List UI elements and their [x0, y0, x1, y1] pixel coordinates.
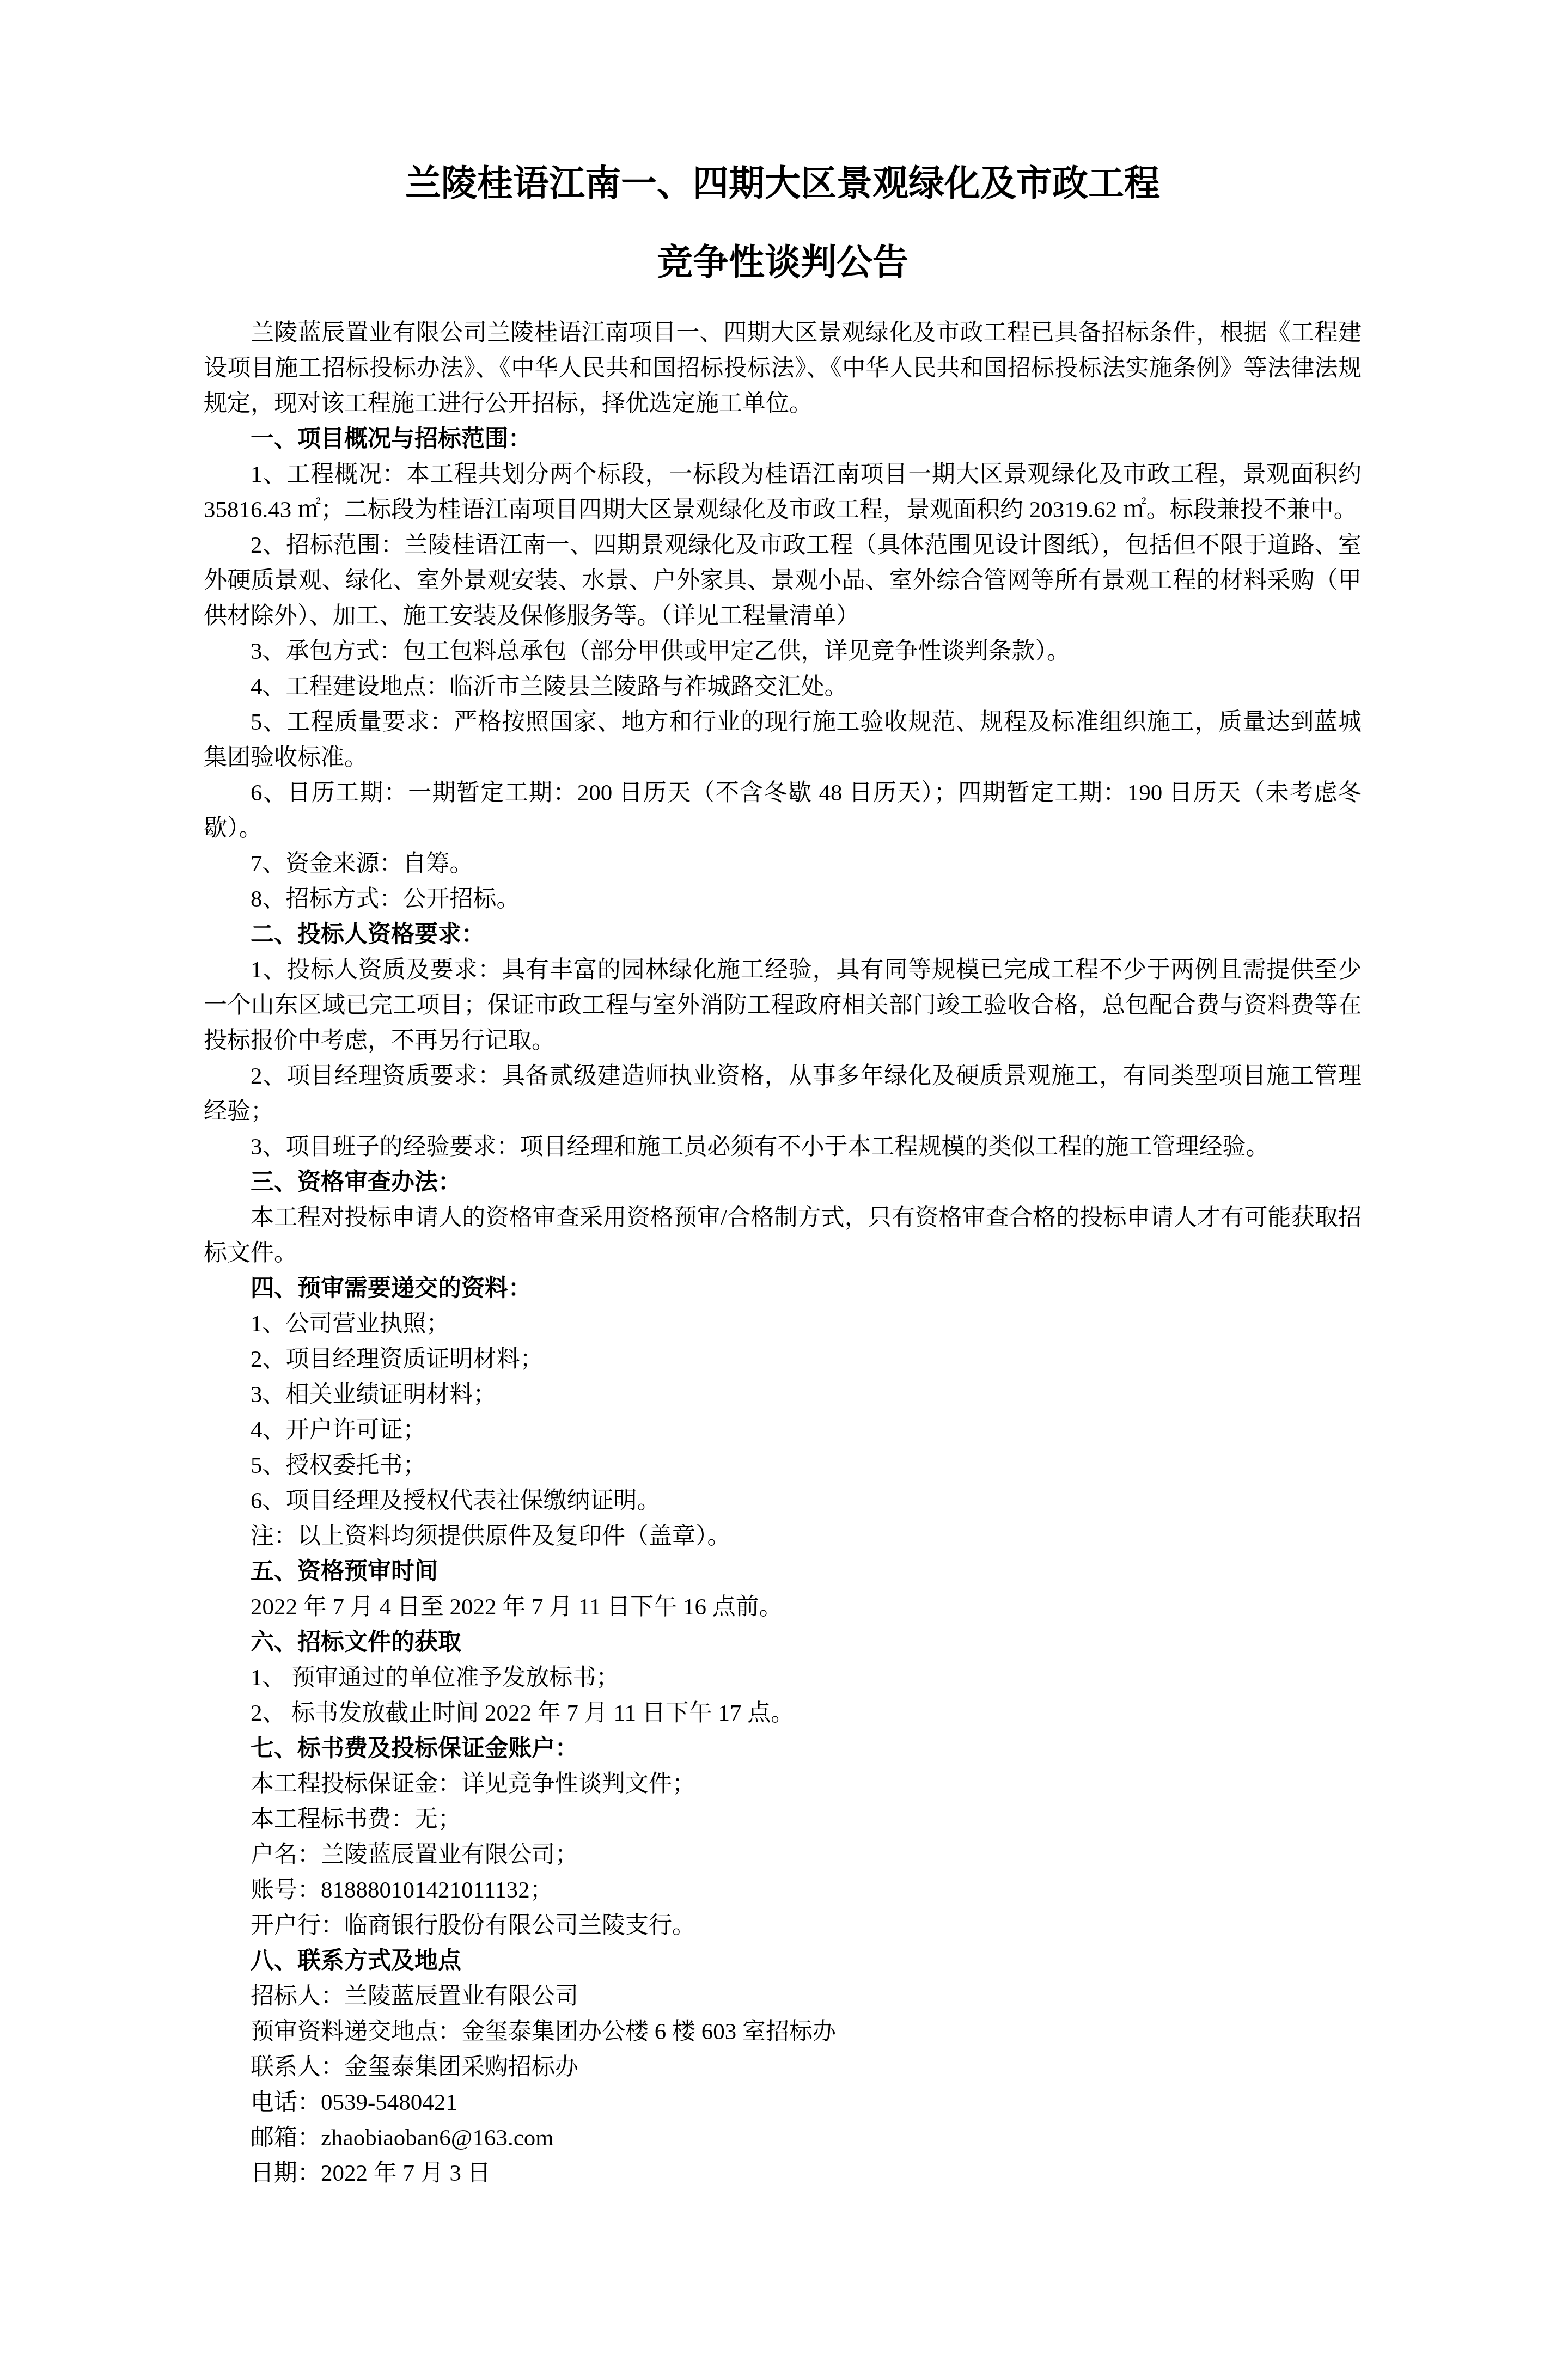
- paragraph: 3、承包方式：包工包料总承包（部分甲供或甲定乙供，详见竞争性谈判条款）。: [204, 634, 1362, 669]
- section-heading-prequalification-materials: 四、预审需要递交的资料：: [204, 1271, 1362, 1306]
- document-title: 兰陵桂语江南一、四期大区景观绿化及市政工程: [204, 163, 1362, 203]
- document-subtitle: 竞争性谈判公告: [204, 242, 1362, 282]
- document-content: 兰陵桂语江南一、四期大区景观绿化及市政工程 竞争性谈判公告 兰陵蓝辰置业有限公司…: [0, 0, 1544, 2380]
- paragraph: 5、工程质量要求：严格按照国家、地方和行业的现行施工验收规范、规程及标准组织施工…: [204, 705, 1362, 775]
- paragraph: 4、开户许可证；: [204, 1412, 1362, 1448]
- paragraph: 5、授权委托书；: [204, 1448, 1362, 1483]
- paragraph-submission-address: 预审资料递交地点：金玺泰集团办公楼 6 楼 603 室招标办: [204, 2014, 1362, 2049]
- paragraph-intro: 兰陵蓝辰置业有限公司兰陵桂语江南项目一、四期大区景观绿化及市政工程已具备招标条件…: [204, 315, 1362, 421]
- section-heading-document-acquisition: 六、招标文件的获取: [204, 1625, 1362, 1660]
- section-heading-bidder-qualifications: 二、投标人资格要求：: [204, 917, 1362, 952]
- section-heading-contact-info: 八、联系方式及地点: [204, 1943, 1362, 1979]
- paragraph: 1、 预审通过的单位准予发放标书；: [204, 1660, 1362, 1696]
- paragraph: 本工程标书费：无；: [204, 1802, 1362, 1837]
- paragraph: 本工程投标保证金：详见竞争性谈判文件；: [204, 1766, 1362, 1802]
- paragraph: 2、项目经理资质要求：具备贰级建造师执业资格，从事多年绿化及硬质景观施工，有同类…: [204, 1059, 1362, 1129]
- paragraph: 1、投标人资质及要求：具有丰富的园林绿化施工经验，具有同等规模已完成工程不少于两…: [204, 952, 1362, 1059]
- document-body: 兰陵蓝辰置业有限公司兰陵桂语江南项目一、四期大区景观绿化及市政工程已具备招标条件…: [204, 315, 1362, 2191]
- paragraph: 3、项目班子的经验要求：项目经理和施工员必须有不小于本工程规模的类似工程的施工管…: [204, 1129, 1362, 1165]
- paragraph: 7、资金来源：自筹。: [204, 846, 1362, 882]
- paragraph: 本工程对投标申请人的资格审查采用资格预审/合格制方式，只有资格审查合格的投标申请…: [204, 1200, 1362, 1271]
- paragraph-bank: 开户行：临商银行股份有限公司兰陵支行。: [204, 1908, 1362, 1943]
- paragraph: 8、招标方式：公开招标。: [204, 882, 1362, 917]
- paragraph: 6、日历工期：一期暂定工期：200 日历天（不含冬歇 48 日历天）；四期暂定工…: [204, 775, 1362, 846]
- document-page: 兰陵桂语江南一、四期大区景观绿化及市政工程 竞争性谈判公告 兰陵蓝辰置业有限公司…: [0, 0, 1544, 2380]
- paragraph-account-number: 账号：818880101421011132；: [204, 1873, 1362, 1908]
- paragraph: 2、招标范围：兰陵桂语江南一、四期景观绿化及市政工程（具体范围见设计图纸），包括…: [204, 528, 1362, 634]
- section-heading-prequalification-time: 五、资格预审时间: [204, 1554, 1362, 1589]
- section-heading-qualification-review: 三、资格审查办法：: [204, 1165, 1362, 1200]
- paragraph-note: 注：以上资料均须提供原件及复印件（盖章）。: [204, 1519, 1362, 1554]
- paragraph-tenderer: 招标人：兰陵蓝辰置业有限公司: [204, 1979, 1362, 2014]
- paragraph-date: 日期：2022 年 7 月 3 日: [204, 2156, 1362, 2191]
- section-heading-fees-and-deposit-account: 七、标书费及投标保证金账户：: [204, 1731, 1362, 1766]
- section-heading-project-overview: 一、项目概况与招标范围：: [204, 421, 1362, 457]
- paragraph-account-name: 户名：兰陵蓝辰置业有限公司；: [204, 1837, 1362, 1873]
- paragraph: 1、工程概况：本工程共划分两个标段，一标段为桂语江南项目一期大区景观绿化及市政工…: [204, 457, 1362, 528]
- paragraph: 2022 年 7 月 4 日至 2022 年 7 月 11 日下午 16 点前。: [204, 1589, 1362, 1625]
- paragraph-contact-person: 联系人：金玺泰集团采购招标办: [204, 2049, 1362, 2085]
- paragraph-phone: 电话：0539-5480421: [204, 2085, 1362, 2120]
- paragraph: 2、 标书发放截止时间 2022 年 7 月 11 日下午 17 点。: [204, 1696, 1362, 1731]
- paragraph-email: 邮箱：zhaobiaoban6@163.com: [204, 2120, 1362, 2156]
- paragraph: 4、工程建设地点：临沂市兰陵县兰陵路与祚城路交汇处。: [204, 669, 1362, 705]
- paragraph: 3、相关业绩证明材料；: [204, 1377, 1362, 1412]
- paragraph: 6、项目经理及授权代表社保缴纳证明。: [204, 1483, 1362, 1519]
- paragraph: 1、公司营业执照；: [204, 1306, 1362, 1342]
- paragraph: 2、项目经理资质证明材料；: [204, 1342, 1362, 1377]
